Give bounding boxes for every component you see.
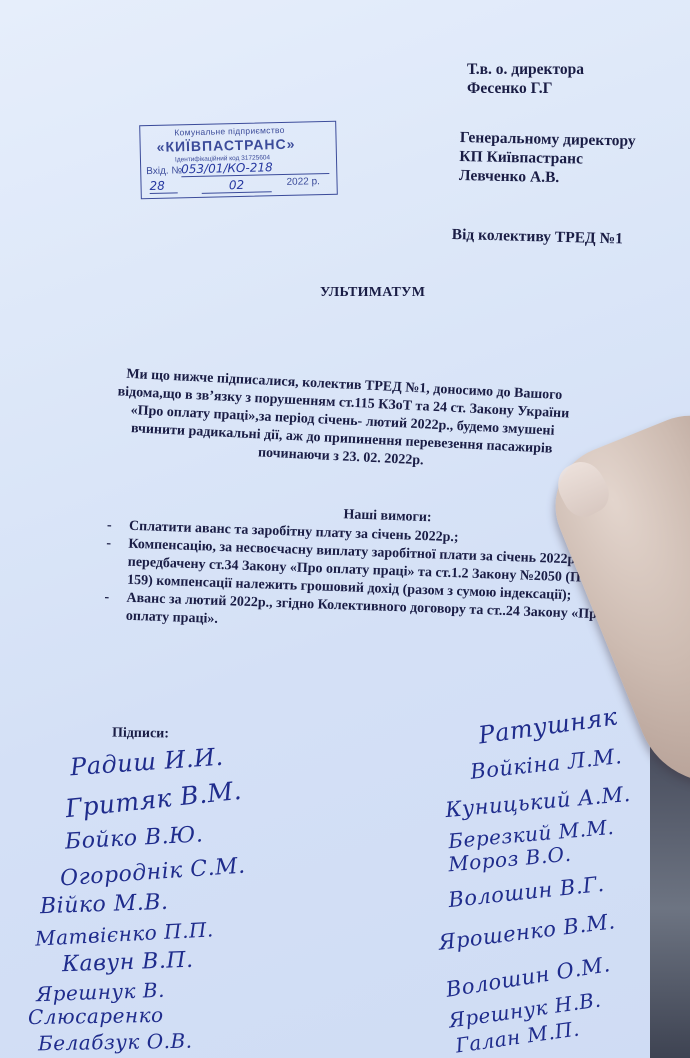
document-title: УЛЬТИМАТУМ bbox=[320, 285, 425, 301]
stamp-date-day: 28 bbox=[149, 178, 177, 194]
stamp-date-month: 02 bbox=[201, 177, 271, 194]
handwritten-signature: Белабзук О.В. bbox=[38, 1029, 193, 1056]
stamp-date-year: 2022 р. bbox=[286, 176, 320, 188]
stamp-date: 28 02 2022 р. bbox=[146, 178, 331, 182]
incoming-stamp: Комунальне підприємство «КИЇВПАСТРАНС» І… bbox=[139, 121, 338, 199]
stamp-incoming-label: Вхід. № bbox=[146, 165, 182, 177]
stamp-incoming-number: 053/01/КО-218 bbox=[181, 159, 329, 177]
stamp-org-name: «КИЇВПАСТРАНС» bbox=[156, 136, 295, 155]
acting-director-block: Т.в. о. директора Фесенко Г.Г bbox=[467, 60, 584, 98]
bullet-dash: - bbox=[106, 535, 111, 553]
handwritten-signature: Радиш И.И. bbox=[69, 743, 224, 782]
handwritten-signature: Ярешнук В. bbox=[36, 978, 166, 1006]
handwritten-signature: Огороднік С.М. bbox=[59, 854, 246, 892]
handwritten-signature: Гритяк В.М. bbox=[64, 776, 243, 823]
handwritten-signature: Матвієнко П.П. bbox=[34, 917, 214, 950]
bullet-dash: - bbox=[104, 589, 109, 607]
handwritten-signature: Кавун В.П. bbox=[62, 948, 194, 978]
sender-line: Від колективу ТРЕД №1 bbox=[452, 226, 624, 248]
signatures-label: Підписи: bbox=[112, 726, 169, 743]
demands-section: Наші вимоги: - Сплатити аванс та заробіт… bbox=[104, 498, 628, 643]
handwritten-signature: Ярошенко В.М. bbox=[437, 909, 616, 954]
acting-director-name: Фесенко Г.Г bbox=[467, 79, 584, 98]
bullet-dash: - bbox=[107, 517, 112, 535]
ultimatum-body: Ми що нижче підписалися, колектив ТРЕД №… bbox=[106, 365, 580, 478]
general-director-block: Генеральному директору КП Київпастранс Л… bbox=[459, 128, 636, 189]
general-director-name: Левченко А.В. bbox=[459, 166, 635, 189]
handwritten-signature: Слюсаренко bbox=[28, 1003, 164, 1029]
document-photo: Т.в. о. директора Фесенко Г.Г Генерально… bbox=[0, 0, 690, 1058]
handwritten-signature: Бойко В.Ю. bbox=[64, 822, 203, 854]
handwritten-signature: Волошин В.Г. bbox=[447, 872, 605, 912]
handwritten-signature: Войкіна Л.М. bbox=[469, 744, 623, 784]
acting-director-title: Т.в. о. директора bbox=[467, 60, 584, 79]
handwritten-signature: Війко М.В. bbox=[40, 890, 169, 919]
handwritten-signature: Ратушняк bbox=[477, 702, 619, 749]
